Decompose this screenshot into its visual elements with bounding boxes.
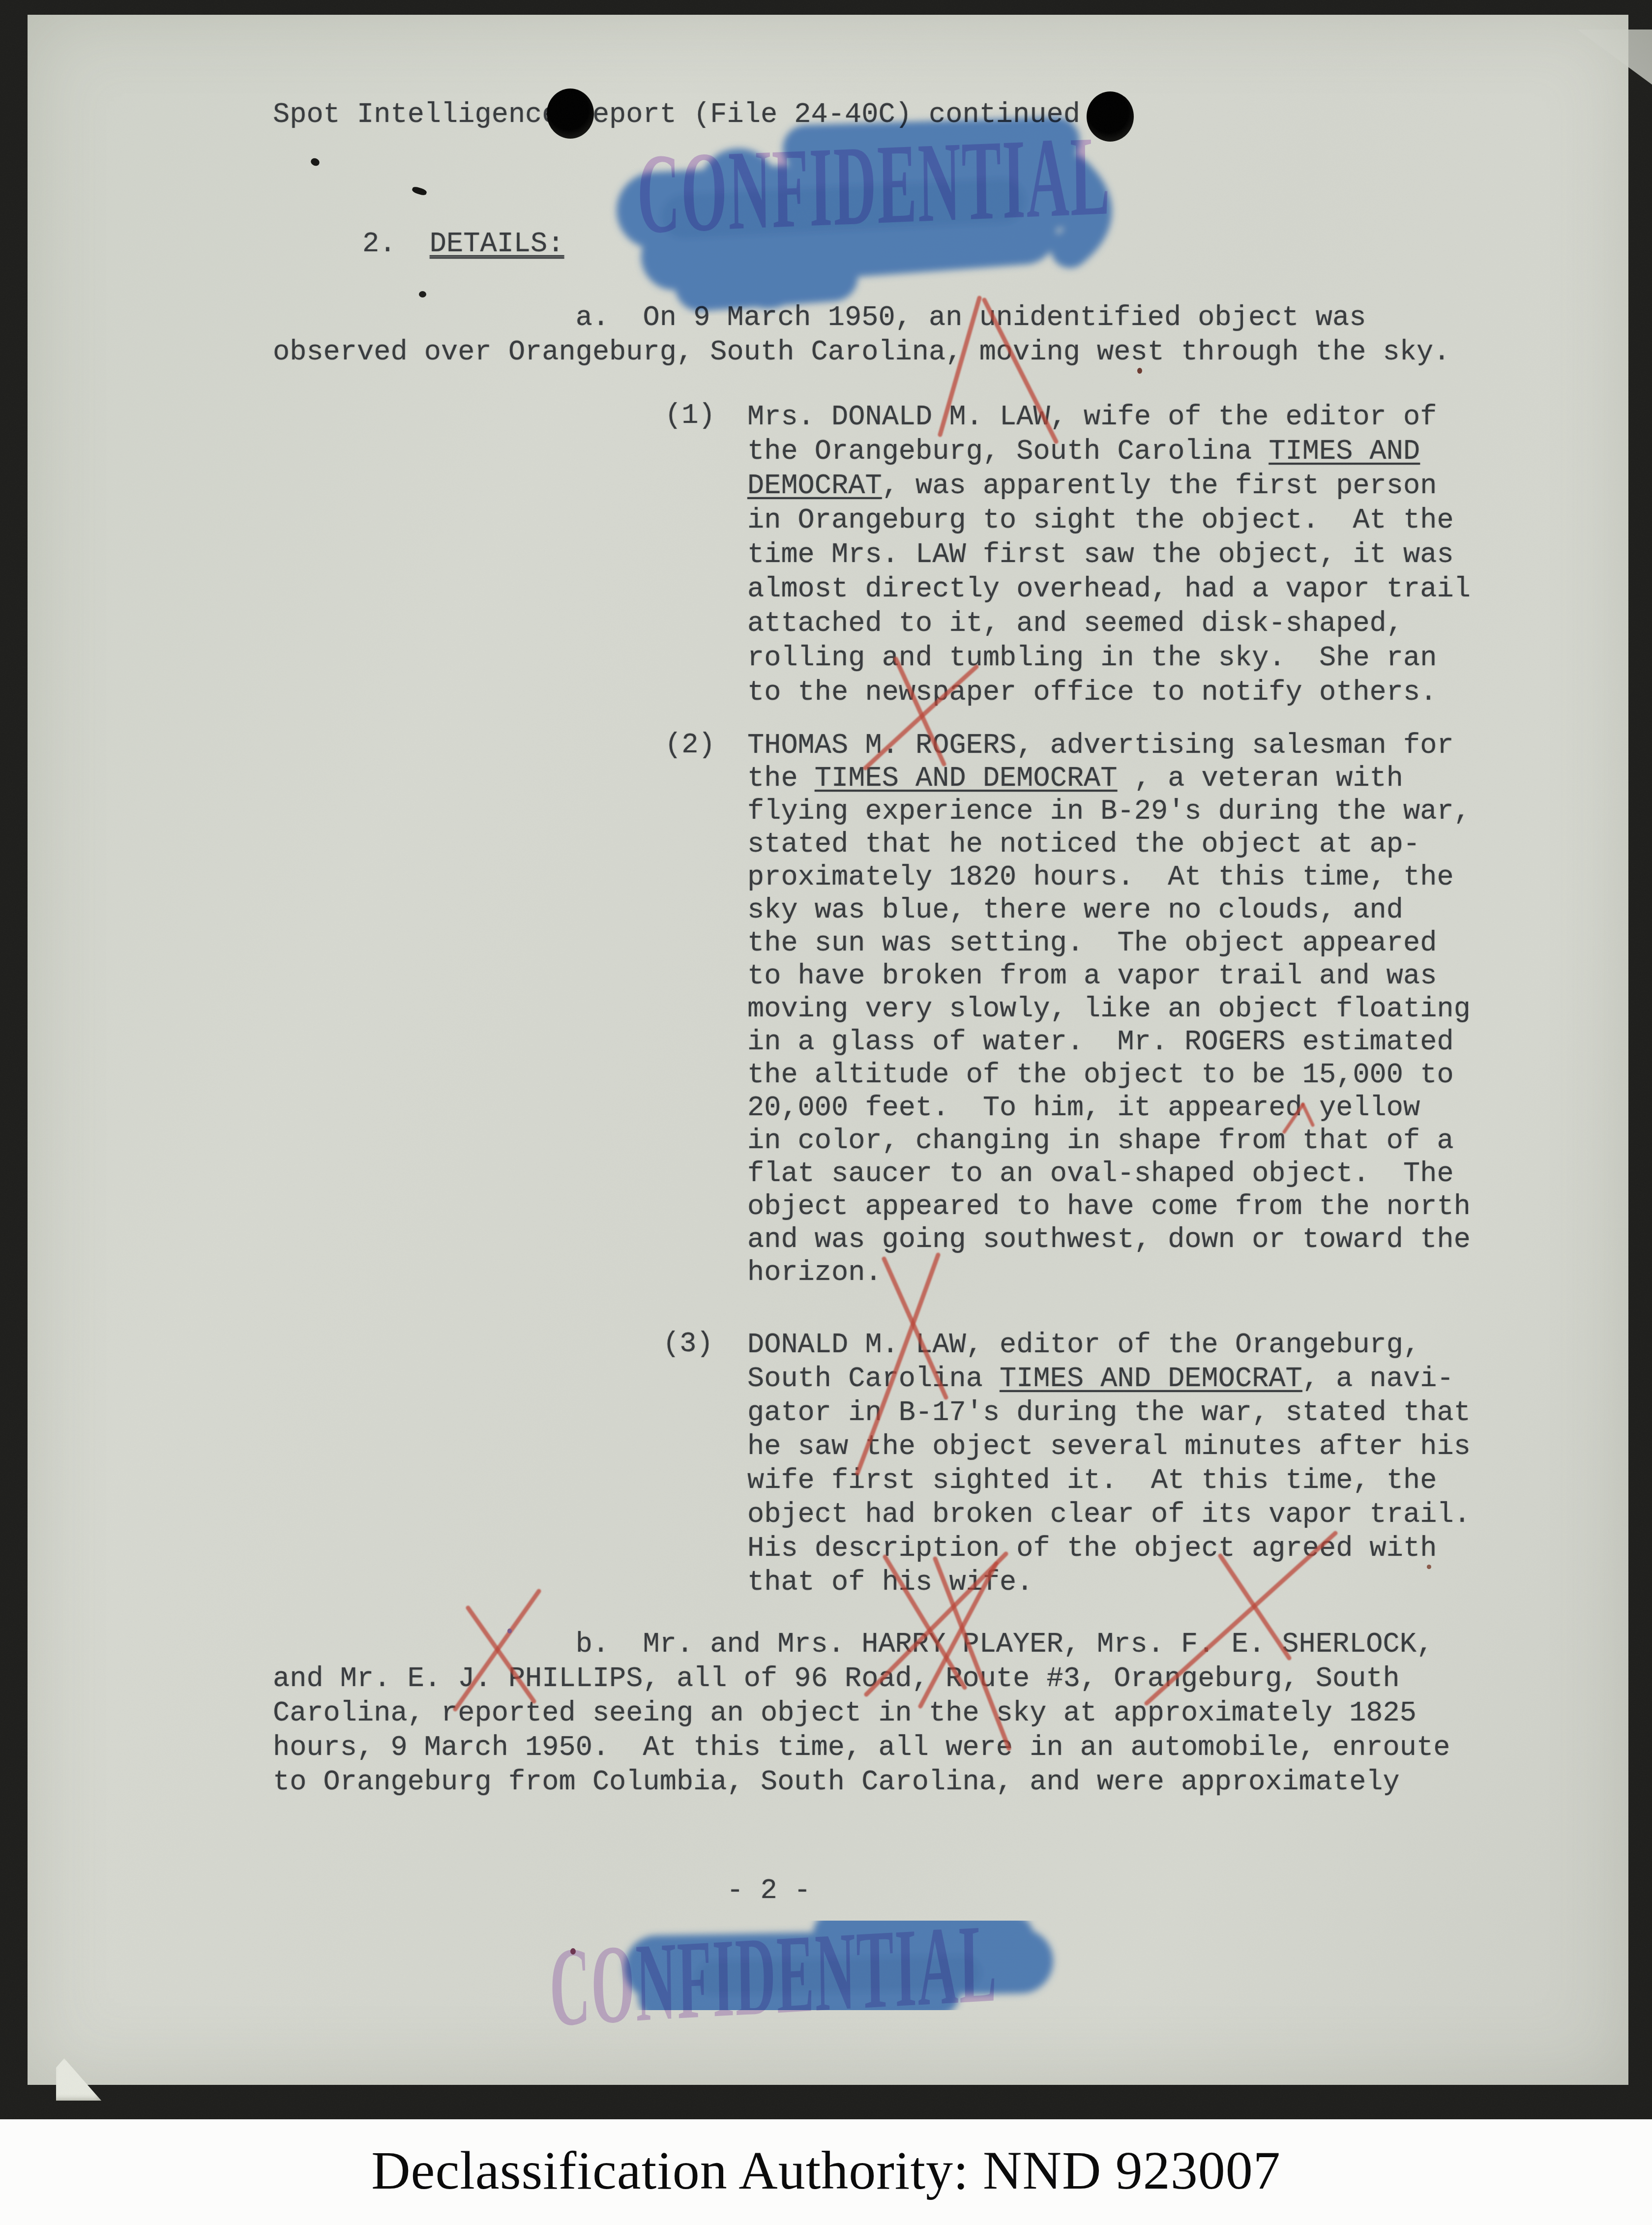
- document-line: rolling and tumbling in the sky. She ran: [747, 641, 1471, 676]
- document-line: object had broken clear of its vapor tra…: [747, 1498, 1471, 1532]
- document-line: to Orangeburg from Columbia, South Carol…: [273, 1765, 1450, 1800]
- document-line: hours, 9 March 1950. At this time, all w…: [273, 1731, 1450, 1765]
- document-line: a. On 9 March 1950, an unidentified obje…: [273, 301, 1450, 335]
- confidential-stamp-bottom: CONFIDENTIAL: [549, 1899, 998, 2052]
- paper-corner-fold: [1577, 30, 1652, 88]
- document-line: Mrs. DONALD M. LAW, wife of the editor o…: [747, 400, 1471, 435]
- document-line: His description of the object agreed wit…: [747, 1532, 1471, 1566]
- document-line: the altitude of the object to be 15,000 …: [747, 1059, 1471, 1092]
- document-line: wife first sighted it. At this time, the: [747, 1464, 1471, 1498]
- paragraph-b: b. Mr. and Mrs. HARRY PLAYER, Mrs. F. E.…: [273, 1628, 1450, 1800]
- document-line: moving very slowly, like an object float…: [747, 993, 1471, 1026]
- paragraph-a: a. On 9 March 1950, an unidentified obje…: [273, 301, 1450, 370]
- ink-speck: [507, 1629, 512, 1633]
- document-line: to the newspaper office to notify others…: [747, 676, 1471, 710]
- document-line: attached to it, and seemed disk-shaped,: [747, 607, 1471, 641]
- item-2-text: THOMAS M. ROGERS, advertising salesman f…: [747, 730, 1471, 1290]
- document-line: object appeared to have come from the no…: [747, 1191, 1471, 1224]
- document-line: b. Mr. and Mrs. HARRY PLAYER, Mrs. F. E.…: [273, 1628, 1450, 1662]
- declassification-authority-text: Declassification Authority: NND 923007: [0, 2119, 1652, 2222]
- document-line: in Orangeburg to sight the object. At th…: [747, 504, 1471, 538]
- document-line: he saw the object several minutes after …: [747, 1430, 1471, 1464]
- item-number-label: (1): [665, 400, 715, 432]
- ink-speck: [570, 1948, 576, 1955]
- page-number-label: - 2 -: [727, 1875, 811, 1907]
- document-line: horizon.: [747, 1257, 1471, 1290]
- item-1-number: (1): [665, 400, 715, 432]
- document-line: almost directly overhead, had a vapor tr…: [747, 572, 1471, 607]
- document-line: flying experience in B-29's during the w…: [747, 796, 1471, 829]
- item-3-number: (3): [663, 1329, 713, 1360]
- document-line: in color, changing in shape from that of…: [747, 1125, 1471, 1158]
- document-line: time Mrs. LAW first saw the object, it w…: [747, 538, 1471, 572]
- item-number-label: (2): [665, 730, 715, 761]
- ink-speck: [419, 291, 426, 297]
- document-line: flat saucer to an oval-shaped object. Th…: [747, 1158, 1471, 1191]
- item-1-text: Mrs. DONALD M. LAW, wife of the editor o…: [747, 400, 1471, 710]
- document-line: Carolina, reported seeing an object in t…: [273, 1696, 1450, 1731]
- ink-speck: [1427, 1565, 1431, 1569]
- document-line: gator in B-17's during the war, stated t…: [747, 1396, 1471, 1430]
- document-line: stated that he noticed the object at ap-: [747, 829, 1471, 861]
- ink-speck: [1137, 368, 1142, 374]
- item-number-label: (3): [663, 1329, 713, 1360]
- document-line: South Carolina TIMES AND DEMOCRAT, a nav…: [747, 1363, 1471, 1396]
- document-line: DEMOCRAT, was apparently the first perso…: [747, 469, 1471, 504]
- declassification-footer: Declassification Authority: NND 923007: [0, 2119, 1652, 2225]
- document-line: sky was blue, there were no clouds, and: [747, 894, 1471, 927]
- document-line: in a glass of water. Mr. ROGERS estimate…: [747, 1026, 1471, 1059]
- document-line: 2. DETAILS:: [362, 227, 564, 262]
- document-line: observed over Orangeburg, South Carolina…: [273, 335, 1450, 370]
- document-line: to have broken from a vapor trail and wa…: [747, 960, 1471, 993]
- page-number: - 2 -: [727, 1875, 811, 1907]
- document-line: and Mr. E. J. PHILLIPS, all of 96 Road, …: [273, 1662, 1450, 1696]
- document-line: DONALD M. LAW, editor of the Orangeburg,: [747, 1329, 1471, 1363]
- document-line: the sun was setting. The object appeared: [747, 927, 1471, 960]
- confidential-stamp-top: CONFIDENTIAL: [637, 110, 1112, 260]
- hole-punch-left: [547, 89, 594, 139]
- document-line: 20,000 feet. To him, it appeared yellow: [747, 1092, 1471, 1125]
- document-line: that of his wife.: [747, 1566, 1471, 1600]
- document-line: THOMAS M. ROGERS, advertising salesman f…: [747, 730, 1471, 763]
- item-2-number: (2): [665, 730, 715, 761]
- document-line: proximately 1820 hours. At this time, th…: [747, 861, 1471, 894]
- document-line: the TIMES AND DEMOCRAT , a veteran with: [747, 763, 1471, 796]
- details-heading: 2. DETAILS:: [362, 227, 564, 262]
- paper-dogear: [56, 2058, 101, 2101]
- document-line: and was going southwest, down or toward …: [747, 1224, 1471, 1257]
- item-3-text: DONALD M. LAW, editor of the Orangeburg,…: [747, 1329, 1471, 1600]
- hole-punch-right: [1087, 91, 1134, 142]
- scanned-document-page: { "page": { "header": "Spot Intelligence…: [0, 0, 1652, 2225]
- document-line: the Orangeburg, South Carolina TIMES AND: [747, 435, 1471, 469]
